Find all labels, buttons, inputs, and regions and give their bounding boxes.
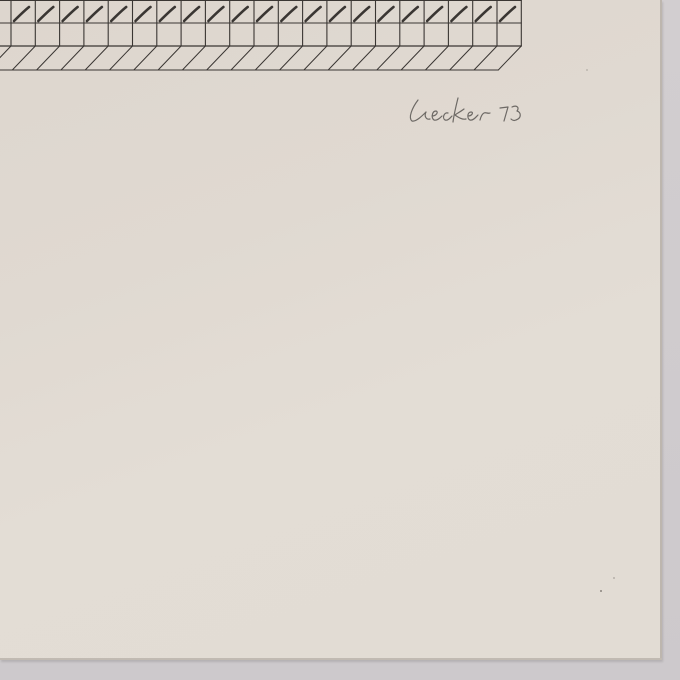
paper-edge-bottom: [0, 658, 662, 660]
artist-signature: Uecker 73: [406, 94, 536, 130]
paper-speck: [600, 590, 602, 592]
paper-speck: [586, 69, 588, 71]
paper-sheet: Uecker 73: [0, 0, 662, 660]
grid-drawing: [0, 0, 540, 80]
signature-text: Uecker 73: [406, 94, 411, 95]
paper-edge-right: [660, 0, 662, 660]
paper-speck: [613, 577, 615, 579]
